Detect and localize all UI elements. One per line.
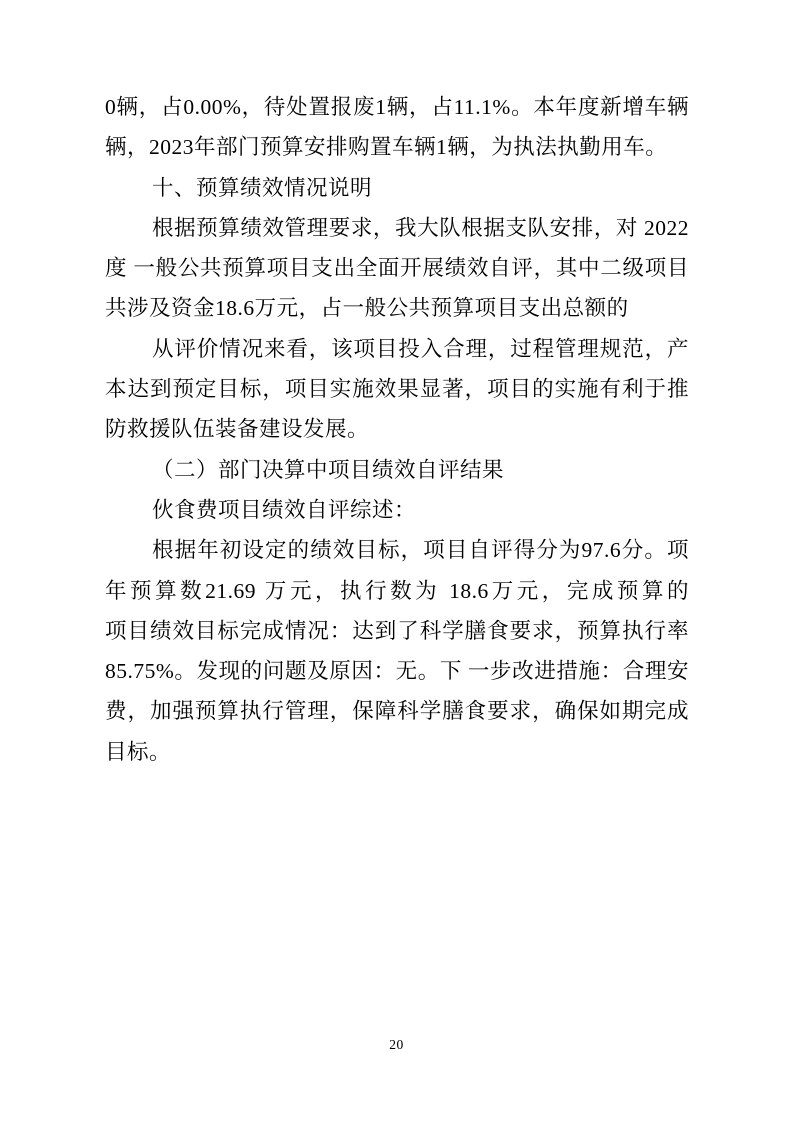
body-line: 根据年初设定的绩效目标，项目自评得分为97.6分。项目全 bbox=[105, 530, 689, 570]
body-line: 85.75%。发现的问题及原因：无。下 一步改进措施：合理安排经 bbox=[105, 651, 689, 691]
body-line: 项目绩效目标完成情况：达到了科学膳食要求，预算执行率达 bbox=[105, 611, 689, 651]
page-number: 20 bbox=[0, 1036, 793, 1054]
subsection-heading: （二）部门决算中项目绩效自评结果 bbox=[105, 450, 689, 490]
body-line: 根据预算绩效管理要求，我大队根据支队安排，对 2022 年 bbox=[105, 208, 689, 248]
body-line: 费，加强预算执行管理，保障科学膳食要求，确保如期完成绩效 bbox=[105, 691, 689, 731]
body-line: 从评价情况来看，该项目投入合理，过程管理规范，产出基 bbox=[105, 329, 689, 369]
body-line: 伙食费项目绩效自评综述： bbox=[105, 490, 689, 530]
body-line: 目标。 bbox=[105, 732, 689, 772]
section-heading: 十、预算绩效情况说明 bbox=[105, 168, 689, 208]
body-line: 防救援队伍装备建设发展。 bbox=[105, 409, 689, 449]
body-line: 辆，2023年部门预算安排购置车辆1辆，为执法执勤用车。 bbox=[105, 127, 689, 167]
document-page: 0辆，占0.00%，待处置报废1辆，占11.1%。本年度新增车辆1 辆，2023… bbox=[0, 0, 793, 1122]
body-line: 共涉及资金18.6万元，占一般公共预算项目支出总额的18.6%。 bbox=[105, 288, 689, 328]
body-line: 0辆，占0.00%，待处置报废1辆，占11.1%。本年度新增车辆1 bbox=[105, 87, 689, 127]
document-body: 0辆，占0.00%，待处置报废1辆，占11.1%。本年度新增车辆1 辆，2023… bbox=[105, 87, 689, 772]
body-line: 年预算数21.69 万元，执行数为 18.6万元，完成预算的85.75%。 bbox=[105, 571, 689, 611]
body-line: 本达到预定目标，项目实施效果显著，项目的实施有利于推进消 bbox=[105, 369, 689, 409]
body-line: 度 一般公共预算项目支出全面开展绩效自评，其中二级项目1个， bbox=[105, 248, 689, 288]
